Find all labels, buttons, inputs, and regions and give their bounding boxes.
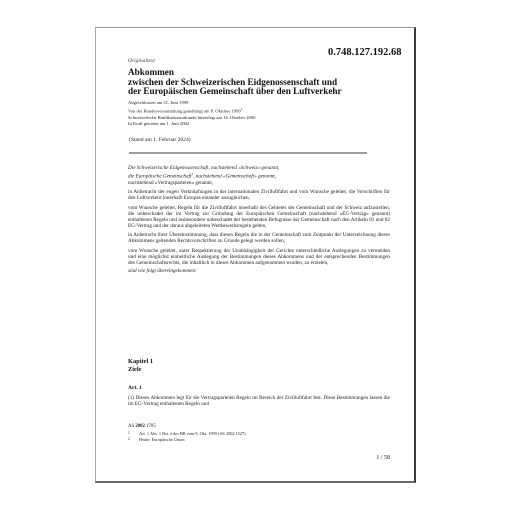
original-text-label: Originaltext (128, 58, 155, 64)
meta-in-force: In Kraft getreten am 1. Juni 2002 (128, 121, 255, 127)
recital: vom Wunsche geleitet, unter Respektierun… (128, 248, 390, 266)
document-page: 0.748.127.192.68 Originaltext Abkommen z… (95, 27, 416, 483)
page-number: 1 / 58 (350, 455, 390, 461)
recital: in Anbetracht der engen Verknüpfungen in… (128, 189, 390, 201)
preamble: Die Schweizerische Eidgenossenschaft, na… (128, 165, 390, 277)
preamble-closing: sind wie folgt übereingekommen: (128, 268, 390, 274)
document-meta: Abgeschlossen am 21. Juni 1999 Von der B… (128, 100, 255, 128)
document-title: Abkommen zwischen der Schweizerischen Ei… (128, 68, 342, 97)
chapter-heading: Kapitel 1 Ziele (128, 358, 153, 373)
article-paragraph: (1) Dieses Abkommen legt für die Vertrag… (128, 395, 390, 410)
meta-approved: Von der Bundesversammlung genehmigt am 8… (128, 106, 255, 115)
chapter-number: Kapitel 1 (128, 358, 153, 366)
footnote: 1Art. 1 Abs. 1 Bst. a des BB vom 8. Okt.… (128, 431, 246, 436)
article-heading: Art. 1 (128, 385, 142, 391)
footnote-ref[interactable]: 1 (241, 107, 243, 111)
as-reference: AS 2002 1705 (128, 424, 156, 429)
sr-number: 0.748.127.192.68 (328, 47, 390, 58)
recital: in Anbetracht ihrer Übereinstimmung, das… (128, 232, 390, 244)
recital: vom Wunsche geleitet, Regeln für die Ziv… (128, 205, 390, 229)
chapter-title: Ziele (128, 366, 153, 374)
header-divider (129, 152, 367, 154)
title-line: der Europäischen Gemeinschaft über den L… (128, 87, 342, 97)
status-date: (Stand am 1. Februar 2024) (129, 137, 191, 143)
preamble-parties: Die Schweizerische Eidgenossenschaft, na… (128, 165, 390, 186)
footnote: 2Heute: Europäische Union (128, 437, 185, 442)
